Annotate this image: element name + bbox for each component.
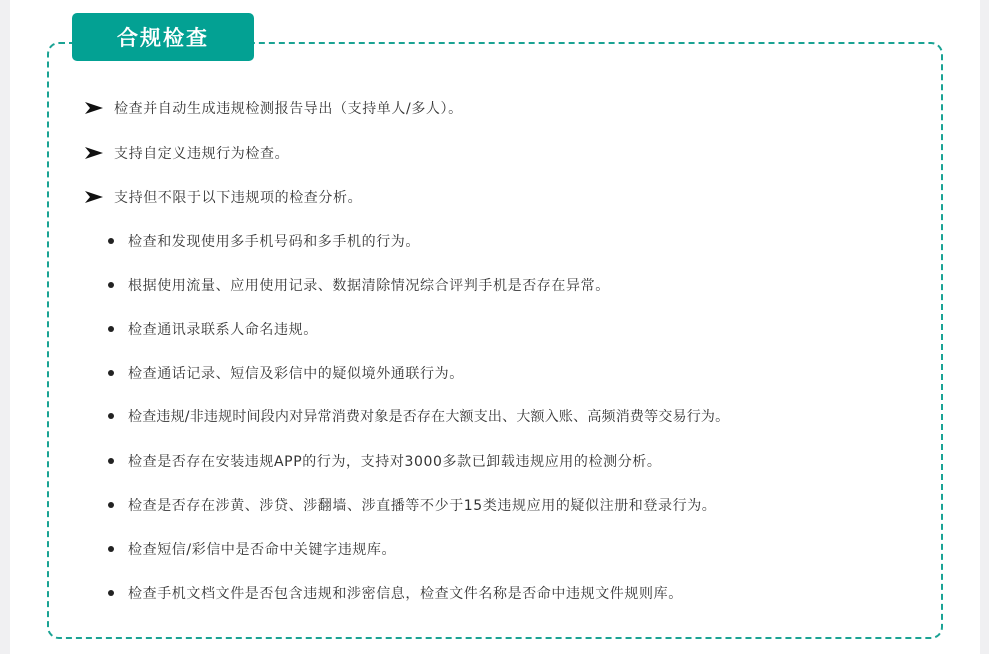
dot-bullet-icon: [108, 282, 114, 288]
sub-list-item: 检查通话记录、短信及彩信中的疑似境外通联行为。: [108, 363, 464, 383]
section-title: 合规检查: [72, 13, 254, 61]
sub-list-item: 根据使用流量、应用使用记录、数据清除情况综合评判手机是否存在异常。: [108, 275, 610, 295]
list-item: 检查并自动生成违规检测报告导出（支持单人/多人）。: [84, 98, 463, 118]
sub-list-item: 检查违规/非违规时间段内对异常消费对象是否存在大额支出、大额入账、高频消费等交易…: [108, 406, 729, 426]
sub-list-item: 检查手机文档文件是否包含违规和涉密信息，检查文件名称是否命中违规文件规则库。: [108, 583, 683, 603]
page: 合规检查 检查并自动生成违规检测报告导出（支持单人/多人）。 支持自定义违规行为…: [10, 0, 980, 654]
section-title-text: 合规检查: [117, 22, 209, 52]
arrow-bullet-icon: [84, 190, 104, 204]
list-item: 支持自定义违规行为检查。: [84, 143, 289, 163]
sub-list-item: 检查是否存在涉黄、涉贷、涉翻墙、涉直播等不少于15类违规应用的疑似注册和登录行为…: [108, 495, 716, 515]
arrow-bullet-icon: [84, 146, 104, 160]
dot-bullet-icon: [108, 413, 114, 419]
dot-bullet-icon: [108, 458, 114, 464]
sub-list-item: 检查和发现使用多手机号码和多手机的行为。: [108, 231, 420, 251]
dot-bullet-icon: [108, 590, 114, 596]
dot-bullet-icon: [108, 238, 114, 244]
dot-bullet-icon: [108, 326, 114, 332]
sub-list-item: 检查短信/彩信中是否命中关键字违规库。: [108, 539, 396, 559]
dot-bullet-icon: [108, 370, 114, 376]
sub-list-item: 检查通讯录联系人命名违规。: [108, 319, 318, 339]
dot-bullet-icon: [108, 502, 114, 508]
list-item: 支持但不限于以下违规项的检查分析。: [84, 187, 362, 207]
arrow-bullet-icon: [84, 101, 104, 115]
dot-bullet-icon: [108, 546, 114, 552]
sub-list-item: 检查是否存在安装违规APP的行为，支持对3000多款已卸载违规应用的检测分析。: [108, 451, 662, 471]
